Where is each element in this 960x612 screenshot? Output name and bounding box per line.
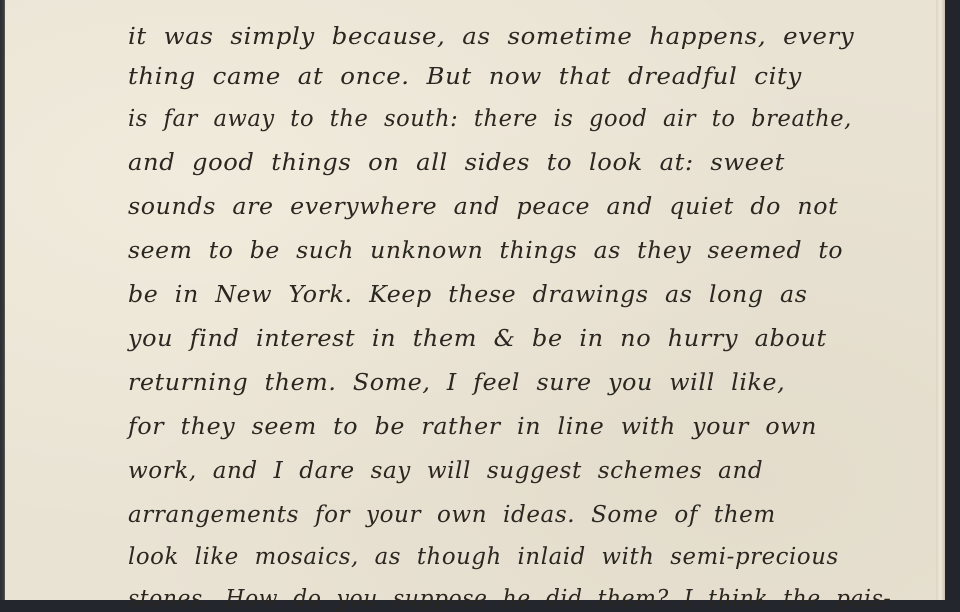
letter-line-9: returning them. Some, I feel sure you wi… xyxy=(128,370,785,396)
letter-line-13: look like mosaics, as though inlaid with… xyxy=(128,544,839,570)
letter-line-1: it was simply because, as sometime happe… xyxy=(128,24,854,50)
letter-line-5: sounds are everywhere and peace and quie… xyxy=(128,194,838,220)
letter-line-3: is far away to the south: there is good … xyxy=(128,106,852,132)
letter-line-11: work, and I dare say will suggest scheme… xyxy=(128,458,763,484)
document-page: it was simply because, as sometime happe… xyxy=(0,0,960,600)
letter-line-6: seem to be such unknown things as they s… xyxy=(128,238,843,264)
letter-line-10: for they seem to be rather in line with … xyxy=(128,414,817,440)
scan-right-border xyxy=(945,0,960,600)
letter-line-2: thing came at once. But now that dreadfu… xyxy=(128,64,802,90)
letter-line-7: be in New York. Keep these drawings as l… xyxy=(128,282,808,308)
handwritten-letter: it was simply because, as sometime happe… xyxy=(128,0,938,600)
letter-line-14: stones. How do you suppose he did them? … xyxy=(128,586,891,600)
letter-line-8: you find interest in them & be in no hur… xyxy=(128,326,827,352)
letter-line-12: arrangements for your own ideas. Some of… xyxy=(128,502,776,528)
letter-line-4: and good things on all sides to look at:… xyxy=(128,150,785,176)
